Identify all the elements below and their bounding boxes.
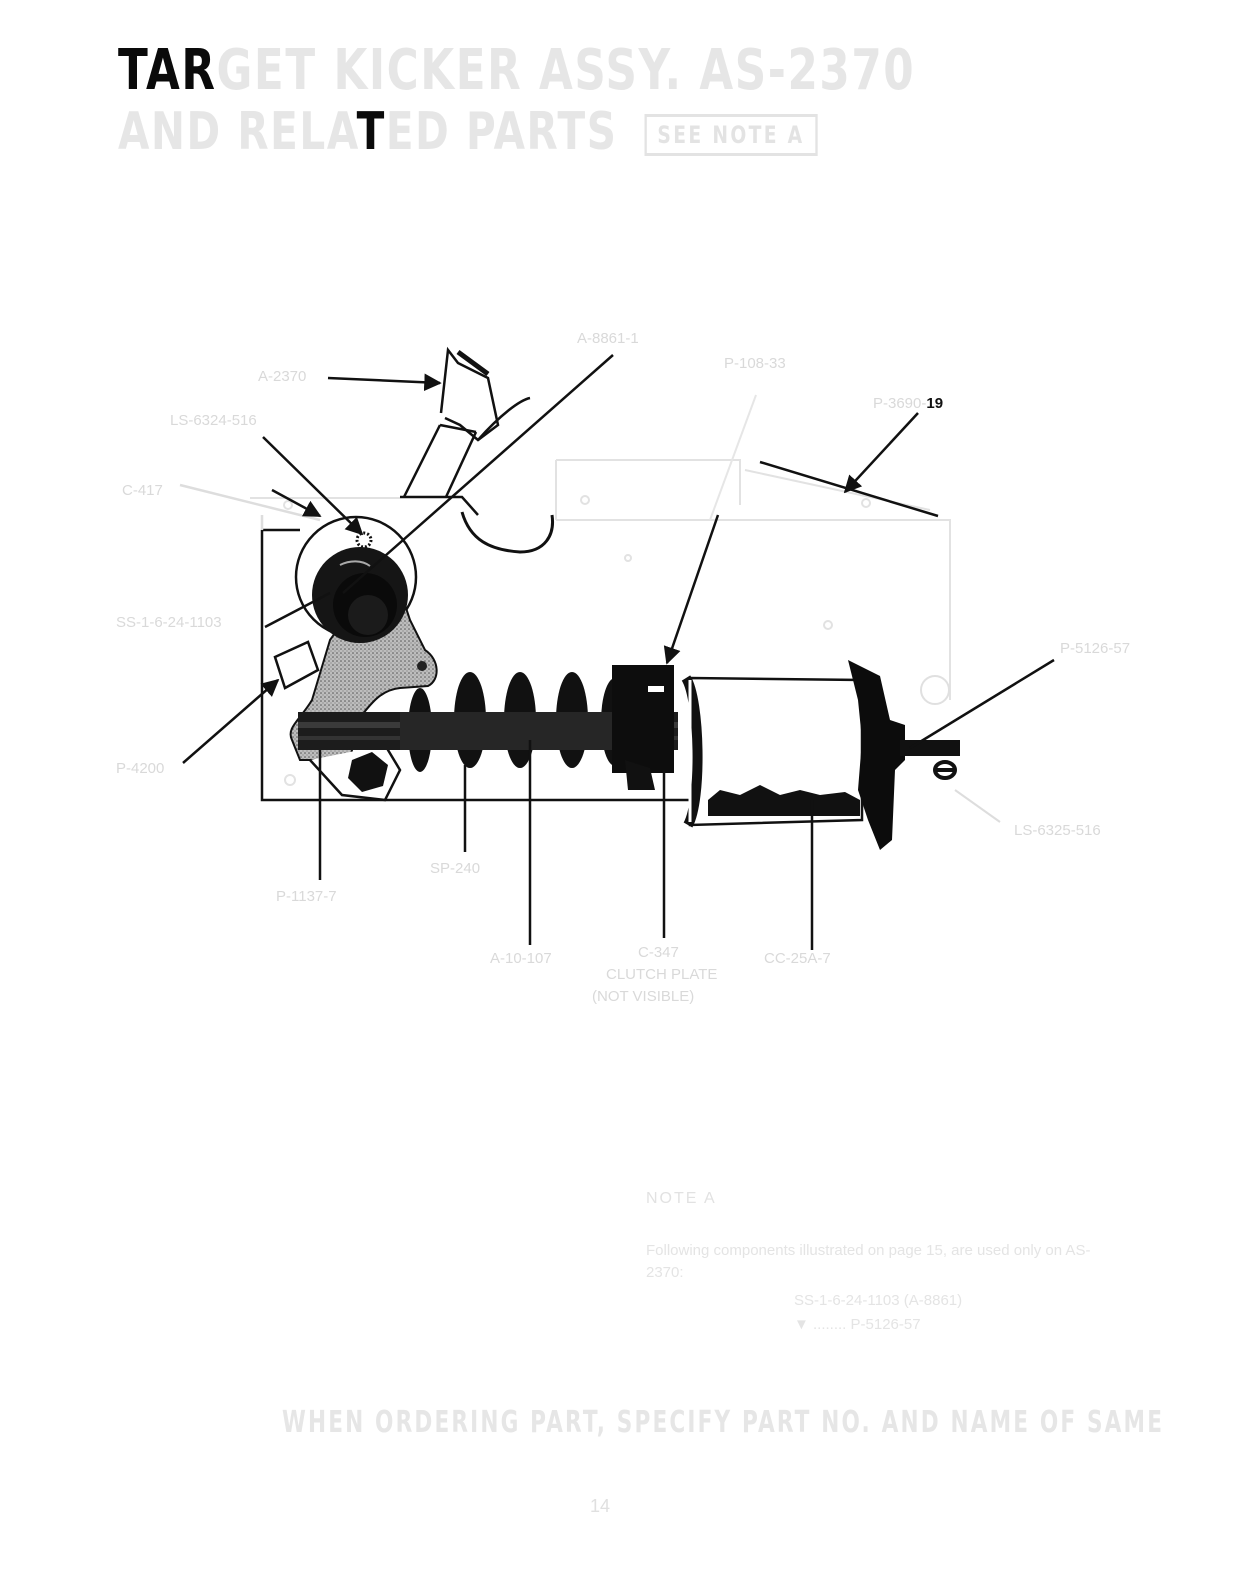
leader-p3690	[845, 413, 918, 492]
label-p1137: P-1137-7	[276, 888, 337, 905]
leader-c417	[272, 490, 320, 516]
target-arm	[404, 350, 530, 497]
leader-ls6324	[263, 437, 362, 534]
label-a10107: A-10-107	[490, 950, 552, 967]
label-a8861: A-8861-1	[577, 330, 639, 347]
solenoid-coil	[686, 660, 960, 850]
label-p3690: P-3690-19	[873, 395, 943, 412]
note-line-1: SS-1-6-24-1103 (A-8861)	[794, 1292, 962, 1309]
label-p3690-faded: P-3690-	[873, 395, 926, 412]
pawl-block	[275, 642, 318, 688]
leader-p10833	[667, 515, 718, 663]
label-c347: C-347	[638, 944, 679, 961]
label-ls6324516: LS-6324-516	[170, 412, 257, 429]
note-line-2: ▼ ........ P-5126-57	[794, 1316, 921, 1333]
leader-p4200	[183, 680, 278, 763]
label-not-visible: (NOT VISIBLE)	[592, 988, 694, 1005]
label-p10833: P-108-33	[724, 355, 786, 372]
label-p4200: P-4200	[116, 760, 164, 777]
kicker-assembly-diagram	[0, 0, 1234, 1100]
curved-bracket	[462, 512, 553, 552]
label-ss1: SS-1-6-24-1103	[116, 614, 222, 631]
leader-a2370	[328, 378, 440, 383]
clutch-block	[612, 665, 674, 773]
label-p5126: P-5126-57	[1060, 640, 1130, 657]
label-cc: CC-25A-7	[764, 950, 831, 967]
leader-a8861	[343, 355, 613, 593]
label-c417: C-417	[122, 482, 163, 499]
label-a2370: A-2370	[258, 368, 306, 385]
label-clutch-plate: CLUTCH PLATE	[606, 966, 717, 983]
note-heading: NOTE A	[646, 1190, 717, 1208]
page-number: 14	[590, 1496, 610, 1517]
label-ls6325: LS-6325-516	[1014, 822, 1101, 839]
small-gear	[357, 533, 371, 547]
label-sp240: SP-240	[430, 860, 480, 877]
note-body: Following components illustrated on page…	[646, 1240, 1126, 1284]
label-p3690-dark: 19	[926, 395, 943, 412]
ordering-instruction: WHEN ORDERING PART, SPECIFY PART NO. AND…	[282, 1405, 1164, 1440]
